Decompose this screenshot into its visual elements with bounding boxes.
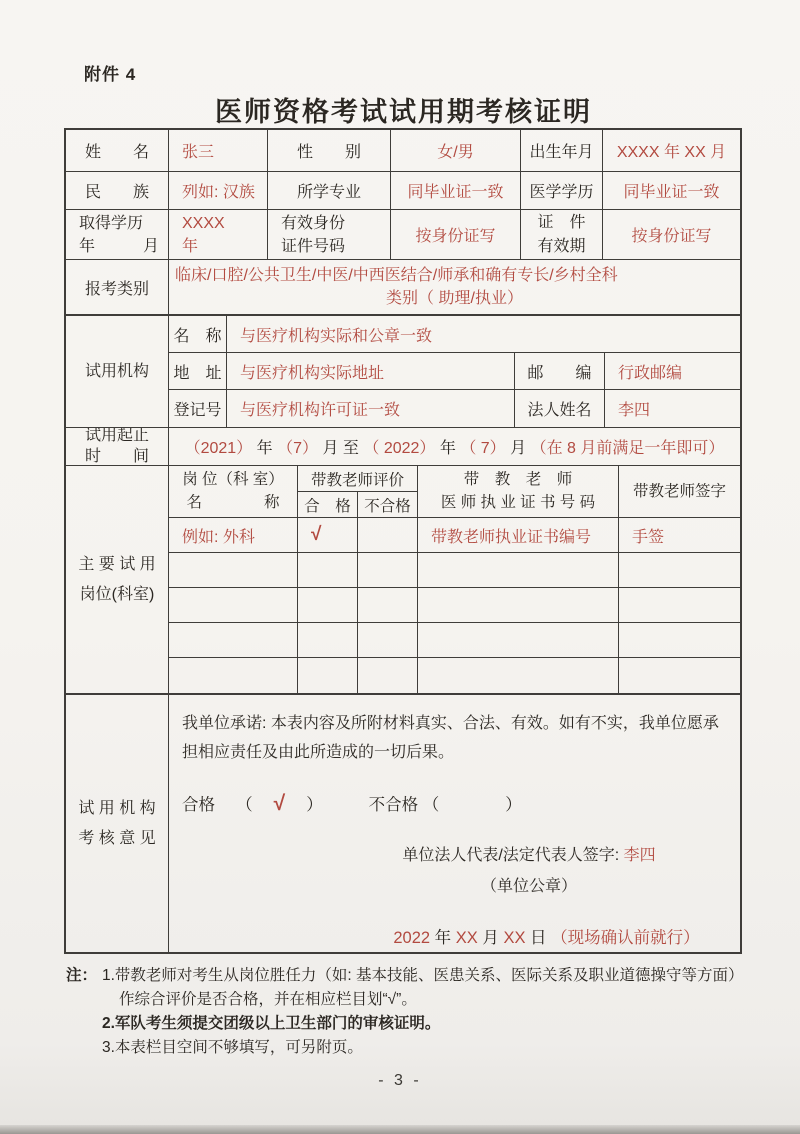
empty-cell bbox=[358, 623, 418, 657]
regno-label: 登记号 bbox=[169, 390, 227, 427]
trial-start-year: （2021） bbox=[185, 435, 253, 458]
graduation-date-value: XXXX 年 XX 月 bbox=[169, 210, 268, 259]
postcode-value: 行政邮编 bbox=[605, 353, 740, 389]
document-page: 附件 4 医师资格考试试用期考核证明 姓 名 张三 性 别 女/男 出生年月 X… bbox=[0, 0, 800, 1134]
photo-edge bbox=[0, 1125, 800, 1134]
major-label: 所学专业 bbox=[268, 172, 391, 209]
institution-name-label: 名 称 bbox=[169, 316, 227, 352]
empty-cell bbox=[169, 623, 298, 657]
id-number-value: 按身份证写 bbox=[391, 210, 521, 259]
teacher-sign-header: 带教老师签字 bbox=[619, 466, 740, 517]
review-pass-line: 合格 （ √ ） 不合格 （ ） bbox=[182, 791, 726, 816]
review-date-line: 2022 年 XX 月 XX 日 （现场确认前就行） bbox=[182, 924, 726, 948]
empty-cell bbox=[169, 658, 298, 693]
gender-label: 性 别 bbox=[268, 130, 391, 171]
ethnicity-value: 列如: 汉族 bbox=[169, 172, 268, 209]
birth-label: 出生年月 bbox=[521, 130, 603, 171]
example-cert: 带教老师执业证书编号 bbox=[418, 518, 619, 552]
empty-cell bbox=[358, 588, 418, 622]
ethnicity-label: 民 族 bbox=[66, 172, 169, 209]
major-value: 同毕业证一致 bbox=[391, 172, 521, 209]
name-value: 张三 bbox=[169, 130, 268, 171]
example-post: 例如: 外科 bbox=[169, 518, 298, 552]
id-number-label: 有效身份 证件号码 bbox=[268, 210, 391, 259]
institution-address-label: 地 址 bbox=[169, 353, 227, 389]
legal-name-value: 李四 bbox=[605, 390, 740, 427]
empty-cell bbox=[619, 658, 740, 693]
signer-name: 李四 bbox=[624, 847, 656, 864]
example-sign: 手签 bbox=[619, 518, 740, 552]
validity-label: 证 件 有效期 bbox=[521, 210, 603, 259]
empty-cell bbox=[619, 553, 740, 587]
empty-cell bbox=[298, 553, 358, 587]
note-item-3: 3.本表栏目空间不够填写，可另附页。 bbox=[102, 1036, 742, 1060]
row-name-gender-birth: 姓 名 张三 性 别 女/男 出生年月 XXXX 年 XX 月 bbox=[66, 130, 740, 172]
teacher-cert-header: 带 教 老 师 医 师 执 业 证 书 号 码 bbox=[418, 466, 619, 517]
institution-label: 试用机构 bbox=[66, 316, 169, 427]
empty-cell bbox=[169, 553, 298, 587]
institution-address-value: 与医疗机构实际地址 bbox=[227, 353, 515, 389]
institution-regno-row: 登记号 与医疗机构许可证一致 法人姓名 李四 bbox=[169, 390, 740, 427]
empty-cell bbox=[298, 588, 358, 622]
position-empty-row bbox=[169, 623, 740, 658]
teacher-eval-header: 带教老师评价 合 格 不合格 bbox=[298, 466, 418, 517]
row-ethnic-major-degree: 民 族 列如: 汉族 所学专业 同毕业证一致 医学学历 同毕业证一致 bbox=[66, 172, 740, 210]
empty-cell bbox=[619, 623, 740, 657]
review-sign-block: 单位法人代表/法定代表人签字: 李四 （单位公章） bbox=[182, 840, 726, 902]
positions-label: 主 要 试 用 岗位(科室) bbox=[66, 466, 169, 693]
review-promise: 我单位承诺: 本表内容及所附材料真实、合法、有效。如有不实，我单位愿承担相应责任… bbox=[182, 709, 726, 767]
empty-cell bbox=[619, 588, 740, 622]
trial-period-note: （在 8 月前满足一年即可） bbox=[531, 435, 725, 458]
empty-cell bbox=[418, 553, 619, 587]
position-empty-row bbox=[169, 553, 740, 588]
row-trial-period: 试用起止 时 间 （2021） 年 （7） 月 至 （ 2022） 年 （ 7）… bbox=[66, 428, 740, 466]
notes-prefix: 注： bbox=[66, 964, 102, 1060]
category-value: 临床/口腔/公共卫生/中医/中西医结合/师承和确有专长/乡村全科 类别（ 助理/… bbox=[169, 260, 740, 314]
empty-cell bbox=[298, 658, 358, 693]
category-label: 报考类别 bbox=[66, 260, 169, 314]
trial-period-label: 试用起止 时 间 bbox=[66, 428, 169, 465]
empty-cell bbox=[418, 623, 619, 657]
date-note: （现场确认前就行） bbox=[551, 929, 700, 947]
empty-cell bbox=[418, 588, 619, 622]
review-label: 试 用 机 构 考 核 意 见 bbox=[66, 695, 169, 952]
empty-cell bbox=[418, 658, 619, 693]
note-item-2: 2.军队考生须提交团级以上卫生部门的审核证明。 bbox=[102, 1012, 742, 1036]
postcode-label: 邮 编 bbox=[515, 353, 605, 389]
empty-cell bbox=[358, 553, 418, 587]
pass-checkmark: √ bbox=[274, 792, 286, 815]
name-label: 姓 名 bbox=[66, 130, 169, 171]
attachment-label: 附件 4 bbox=[84, 60, 136, 85]
positions-header-row: 岗 位（科 室） 名 称 带教老师评价 合 格 不合格 带 教 老 师 医 师 … bbox=[169, 466, 740, 518]
review-body: 我单位承诺: 本表内容及所附材料真实、合法、有效。如有不实，我单位愿承担相应责任… bbox=[169, 695, 740, 952]
section-positions: 主 要 试 用 岗位(科室) 岗 位（科 室） 名 称 带教老师评价 合 格 不… bbox=[66, 466, 740, 694]
date-day: XX bbox=[503, 929, 525, 947]
page-title: 医师资格考试试用期考核证明 bbox=[65, 90, 742, 129]
trial-end-year: （ 2022） bbox=[363, 435, 435, 458]
graduation-date-label: 取得学历 年 月 bbox=[66, 210, 169, 259]
institution-name-row: 名 称 与医疗机构实际和公章一致 bbox=[169, 316, 740, 353]
date-month: XX bbox=[456, 929, 478, 947]
empty-cell bbox=[169, 588, 298, 622]
legal-name-label: 法人姓名 bbox=[515, 390, 605, 427]
trial-end-month: （ 7） bbox=[460, 435, 505, 458]
gender-value: 女/男 bbox=[391, 130, 521, 171]
validity-value: 按身份证写 bbox=[603, 210, 740, 259]
notes-items: 1.带教老师对考生从岗位胜任力（如: 基本技能、医患关系、医际关系及职业道德操守… bbox=[102, 964, 742, 1060]
pass-header: 合 格 bbox=[298, 492, 358, 517]
form-table: 姓 名 张三 性 别 女/男 出生年月 XXXX 年 XX 月 民 族 列如: … bbox=[64, 128, 742, 954]
regno-value: 与医疗机构许可证一致 bbox=[227, 390, 515, 427]
example-fail-cell bbox=[358, 518, 418, 552]
trial-period-value: （2021） 年 （7） 月 至 （ 2022） 年 （ 7） 月 （在 8 月… bbox=[169, 428, 740, 465]
legal-representative-signature: 单位法人代表/法定代表人签字: 李四 bbox=[332, 840, 726, 871]
institution-body: 名 称 与医疗机构实际和公章一致 地 址 与医疗机构实际地址 邮 编 行政邮编 … bbox=[169, 316, 740, 427]
row-graddate-id-validity: 取得学历 年 月 XXXX 年 XX 月 有效身份 证件号码 按身份证写 证 件… bbox=[66, 210, 740, 260]
row-category: 报考类别 临床/口腔/公共卫生/中医/中西医结合/师承和确有专长/乡村全科 类别… bbox=[66, 260, 740, 316]
degree-label: 医学学历 bbox=[521, 172, 603, 209]
degree-value: 同毕业证一致 bbox=[603, 172, 740, 209]
notes-section: 注： 1.带教老师对考生从岗位胜任力（如: 基本技能、医患关系、医际关系及职业道… bbox=[66, 964, 742, 1060]
position-example-row: 例如: 外科 √ 带教老师执业证书编号 手签 bbox=[169, 518, 740, 553]
institution-name-value: 与医疗机构实际和公章一致 bbox=[227, 316, 740, 352]
empty-cell bbox=[298, 623, 358, 657]
example-pass-check: √ bbox=[298, 518, 358, 552]
position-empty-row bbox=[169, 658, 740, 693]
empty-cell bbox=[358, 658, 418, 693]
section-institution: 试用机构 名 称 与医疗机构实际和公章一致 地 址 与医疗机构实际地址 邮 编 … bbox=[66, 316, 740, 428]
position-name-header: 岗 位（科 室） 名 称 bbox=[169, 466, 298, 517]
date-year: 2022 bbox=[393, 929, 430, 947]
institution-address-row: 地 址 与医疗机构实际地址 邮 编 行政邮编 bbox=[169, 353, 740, 390]
fail-header: 不合格 bbox=[358, 492, 417, 517]
page-number: - 3 - bbox=[0, 1072, 800, 1090]
positions-body: 岗 位（科 室） 名 称 带教老师评价 合 格 不合格 带 教 老 师 医 师 … bbox=[169, 466, 740, 693]
position-empty-row bbox=[169, 588, 740, 623]
trial-start-month: （7） bbox=[277, 435, 318, 458]
unit-seal-placeholder: （单位公章） bbox=[332, 871, 726, 902]
birth-value: XXXX 年 XX 月 bbox=[603, 130, 740, 171]
note-item-1: 1.带教老师对考生从岗位胜任力（如: 基本技能、医患关系、医际关系及职业道德操守… bbox=[102, 964, 742, 1012]
section-review: 试 用 机 构 考 核 意 见 我单位承诺: 本表内容及所附材料真实、合法、有效… bbox=[66, 694, 740, 952]
